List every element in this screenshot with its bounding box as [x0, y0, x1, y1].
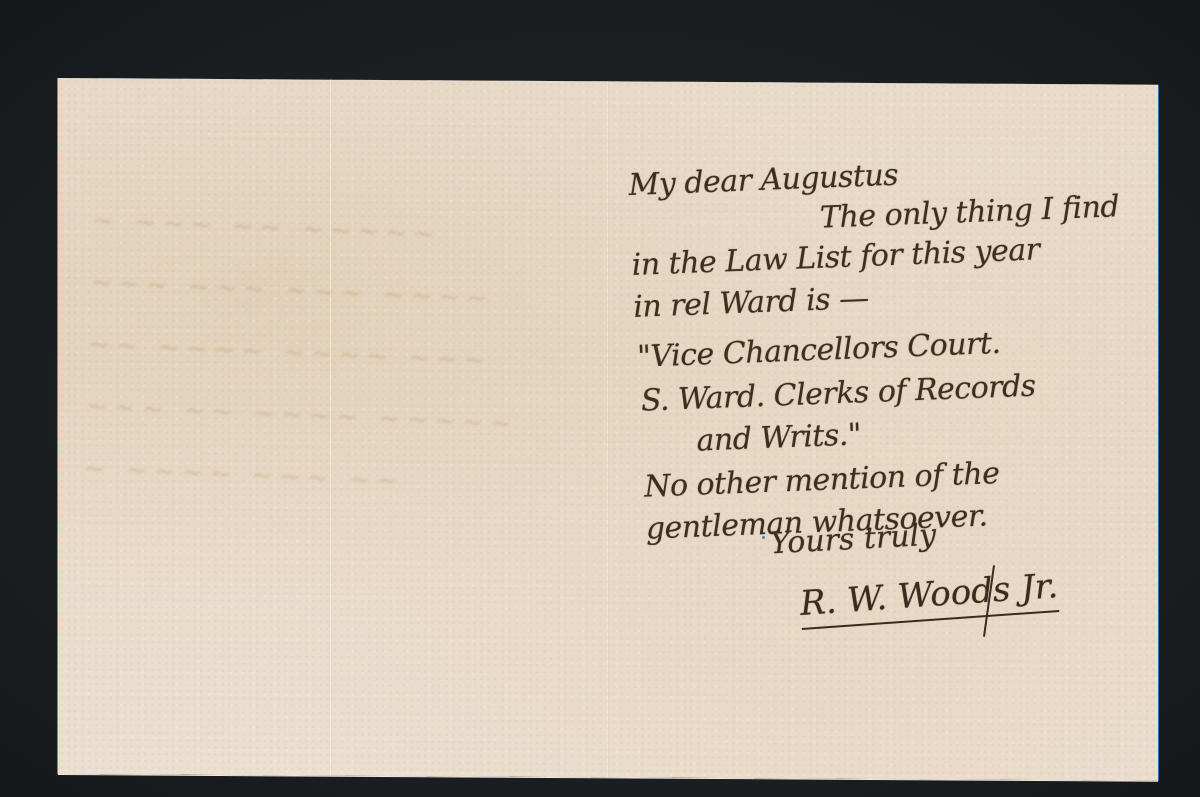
ink-speck: [762, 536, 765, 539]
letter-paper: ~ ~~~ ~~ ~~~~~ ~~~ ~~~ ~~~ ~~~~ ~~ ~~~~ …: [58, 78, 1158, 781]
fold-line: [607, 81, 609, 777]
reverse-side-bleed-through: ~ ~~~ ~~ ~~~~~ ~~~ ~~~ ~~~ ~~~~ ~~ ~~~~ …: [83, 190, 594, 520]
quoted-line: and Writs.": [696, 417, 862, 458]
